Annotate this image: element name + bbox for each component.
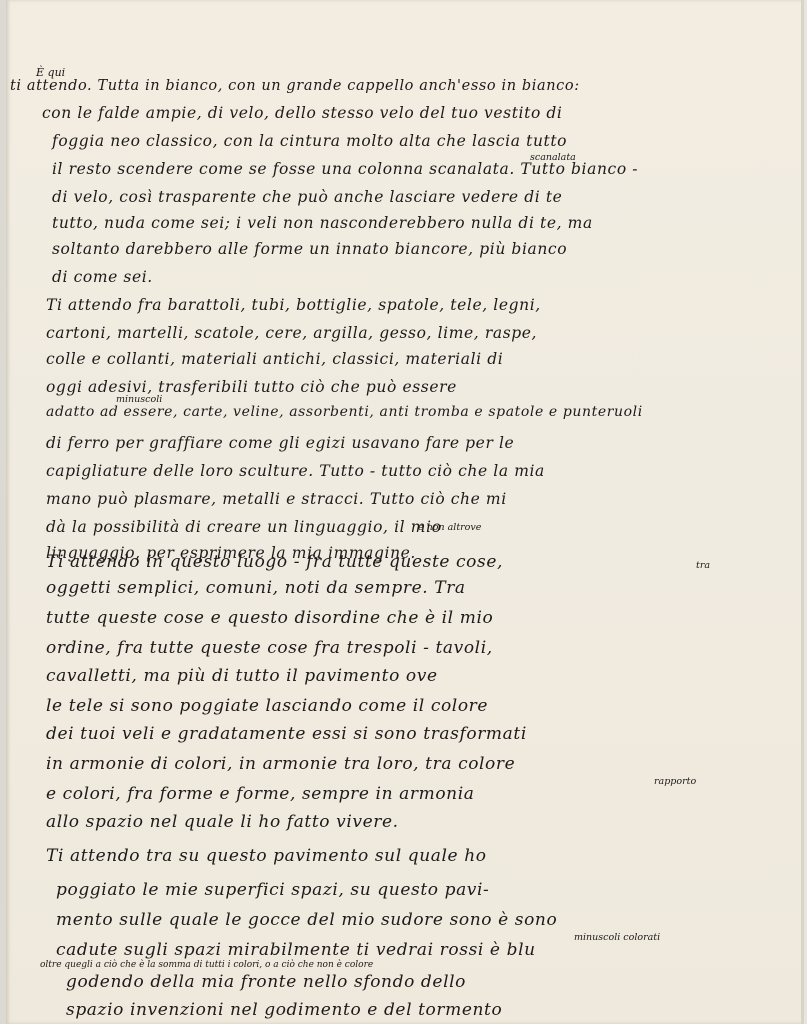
line-7: soltanto darebbero alle forme un innato … — [52, 240, 567, 258]
line-17: dà la possibilità di creare un linguaggi… — [46, 518, 442, 536]
line-2: con le falde ampie, di velo, dello stess… — [42, 104, 562, 122]
interlinear-note-rapporto: rapporto — [654, 776, 696, 787]
line-10: cartoni, martelli, scatole, cere, argill… — [46, 324, 537, 342]
line-20: oggetti semplici, comuni, noti da sempre… — [46, 578, 466, 598]
manuscript-page: È qui ti attendo. Tutta in bianco, con u… — [6, 0, 804, 1024]
line-14: di ferro per graffiare come gli egizi us… — [46, 434, 514, 452]
interlinear-note-e-non-altrove: e non altrove — [418, 522, 481, 533]
interlinear-note-oltre: oltre quegli a ciò che è la somma di tut… — [40, 960, 373, 970]
line-28: allo spazio nel quale li ho fatto vivere… — [46, 812, 399, 832]
line-11: colle e collanti, materiali antichi, cla… — [46, 350, 503, 368]
line-4: il resto scendere come se fosse una colo… — [52, 160, 638, 178]
line-22: ordine, fra tutte queste cose fra trespo… — [46, 638, 493, 658]
line-15: capigliature delle loro sculture. Tutto … — [46, 462, 545, 480]
line-9: Ti attendo fra barattoli, tubi, bottigli… — [46, 296, 541, 314]
line-21: tutte queste cose e questo disordine che… — [46, 608, 493, 628]
line-23: cavalletti, ma più di tutto il pavimento… — [46, 666, 438, 686]
scan-right-edge — [801, 0, 804, 1024]
line-27: e colori, fra forme e forme, sempre in a… — [46, 784, 474, 804]
line-34: spazio invenzioni nel godimento e del to… — [66, 1000, 502, 1020]
line-33: godendo della mia fronte nello sfondo de… — [66, 972, 466, 992]
line-8: di come sei. — [52, 268, 153, 286]
line-6: tutto, nuda come sei; i veli non nascond… — [52, 214, 593, 232]
line-1: ti attendo. Tutta in bianco, con un gran… — [10, 78, 580, 94]
line-13: adatto ad essere, carte, veline, assorbe… — [46, 404, 643, 420]
line-3: foggia neo classico, con la cintura molt… — [52, 132, 567, 150]
interlinear-note-tra: tra — [696, 560, 710, 571]
line-30: poggiato le mie superfici spazi, su ques… — [56, 880, 489, 900]
line-32: cadute sugli spazi mirabilmente ti vedra… — [56, 940, 536, 960]
line-26: in armonie di colori, in armonie tra lor… — [46, 754, 515, 774]
line-31: mento sulle quale le gocce del mio sudor… — [56, 910, 557, 930]
line-24: le tele si sono poggiate lasciando come … — [46, 696, 488, 716]
line-19: Ti attendo in questo luogo - fra tutte q… — [46, 552, 503, 572]
interlinear-note-minuscoli-colorati: minuscoli colorati — [574, 932, 660, 943]
line-16: mano può plasmare, metalli e stracci. Tu… — [46, 490, 507, 508]
line-29: Ti attendo tra su questo pavimento sul q… — [46, 846, 487, 866]
line-25: dei tuoi veli e gradatamente essi si son… — [46, 724, 527, 744]
line-12: oggi adesivi, trasferibili tutto ciò che… — [46, 378, 457, 396]
line-5: di velo, così trasparente che può anche … — [52, 188, 562, 206]
